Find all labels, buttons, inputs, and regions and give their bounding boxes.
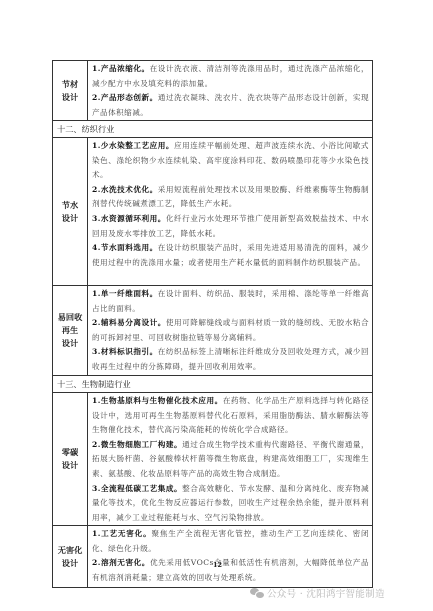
list-item: 2.溶剂无害化。优先采用低VOCs含量和低活性有机溶剂，大幅降低单位产品有机溶剂… <box>92 556 369 585</box>
wechat-icon <box>250 588 264 599</box>
row-content: 1.产品浓缩化。在设计洗衣液、清洁剂等洗涤用品时，通过洗涤产品浓缩化，减少配方中… <box>88 61 372 120</box>
list-item: 2.微生物细胞工厂构建。通过合成生物学技术重构代谢路径、平衡代谢通量，拓展大肠杆… <box>92 438 369 482</box>
list-item: 3.材料标识指引。在纺织品标签上清晰标注纤维成分及回收处理方式，减少回收再生过程… <box>92 345 369 374</box>
row-content: 1.生物基原料与生物催化技术应用。在药物、化学品生产原料选择与转化路径设计中，选… <box>88 393 372 525</box>
section-header-biomanufacturing: 十三、生物制造行业 <box>53 375 372 392</box>
row-content: 1.工艺无害化。聚焦生产全流程无害化管控，推动生产工艺向连续化、密闭化、绿色化升… <box>88 526 372 587</box>
item-title: 2.微生物细胞工厂构建。 <box>92 440 182 449</box>
table-row-zero-carbon: 零碳 设计 1.生物基原料与生物催化技术应用。在药物、化学品生产原料选择与转化路… <box>53 392 372 525</box>
list-item: 1.工艺无害化。聚焦生产全流程无害化管控，推动生产工艺向连续化、密闭化、绿色化升… <box>92 527 369 556</box>
item-title: 2.水洗技术优化。 <box>92 185 158 194</box>
list-item: 2.辅料易分离设计。使用可降解缝线或与面料材质一致的缝纫线、无胶水粘合的可拆卸衬… <box>92 316 369 345</box>
row-label: 易回收 再生 设计 <box>53 286 88 375</box>
row-label-text: 易回收 再生 设计 <box>58 311 83 350</box>
table-row-water-saving: 节水 设计 1.少水染整工艺应用。应用连续平幅前处理、超声波连续水洗、小浴比间歇… <box>53 137 372 285</box>
item-title: 1.生物基原料与生物催化技术应用。 <box>92 396 223 405</box>
row-label-text: 节材 设计 <box>62 78 78 104</box>
row-label: 节水 设计 <box>53 138 88 285</box>
page-number: 12 <box>213 561 222 569</box>
list-item: 3.水资源循环利用。化纤行业污水处理环节推广使用新型高效脱盐技术、中水回用及废水… <box>92 212 369 241</box>
row-content: 1.单一纤维面料。在设计面料、纺织品、服装时，采用棉、涤纶等单一纤维高占比的面料… <box>88 286 372 375</box>
item-title: 1.工艺无害化。 <box>92 529 151 538</box>
item-title: 3.材料标识指引。 <box>92 347 158 356</box>
table-row-recyclable: 易回收 再生 设计 1.单一纤维面料。在设计面料、纺织品、服装时，采用棉、涤纶等… <box>53 285 372 375</box>
list-item: 2.产品形态创新。通过洗衣凝珠、洗衣片、洗衣块等产品形态设计创新，实现产品体积缩… <box>92 91 369 120</box>
row-label: 节材 设计 <box>53 61 88 120</box>
list-item: 2.水洗技术优化。采用短流程前处理技术以及用果胶酶、纤维素酶等生物酶制剂替代传统… <box>92 183 369 212</box>
table-row-material-saving: 节材 设计 1.产品浓缩化。在设计洗衣液、清洁剂等洗涤用品时，通过洗涤产品浓缩化… <box>53 61 372 120</box>
item-title: 1.产品浓缩化。 <box>92 64 150 73</box>
row-label: 无害化 设计 <box>53 526 88 587</box>
section-title: 十二、纺织行业 <box>57 124 114 135</box>
item-title: 1.少水染整工艺应用。 <box>92 141 174 150</box>
row-label-text: 零碳 设计 <box>62 446 78 472</box>
list-item: 1.产品浓缩化。在设计洗衣液、清洁剂等洗涤用品时，通过洗涤产品浓缩化，减少配方中… <box>92 62 369 91</box>
watermark: 公众号 · 沈阳鸿宇智能制造 <box>250 586 385 600</box>
list-item: 1.少水染整工艺应用。应用连续平幅前处理、超声波连续水洗、小浴比间歇式染色、涤纶… <box>92 139 369 183</box>
table-row-harmless: 无害化 设计 1.工艺无害化。聚焦生产全流程无害化管控，推动生产工艺向连续化、密… <box>53 525 372 587</box>
row-label-text: 无害化 设计 <box>58 544 83 570</box>
row-label-text: 节水 设计 <box>62 199 78 225</box>
item-title: 2.溶剂无害化。 <box>92 558 150 567</box>
watermark-text: 公众号 · 沈阳鸿宇智能制造 <box>267 586 385 600</box>
requirements-table: 节材 设计 1.产品浓缩化。在设计洗衣液、清洁剂等洗涤用品时，通过洗涤产品浓缩化… <box>52 60 373 588</box>
item-title: 1.单一纤维面料。 <box>92 289 158 298</box>
list-item: 1.生物基原料与生物催化技术应用。在药物、化学品生产原料选择与转化路径设计中，选… <box>92 394 369 438</box>
section-header-textile: 十二、纺织行业 <box>53 120 372 137</box>
section-title: 十三、生物制造行业 <box>57 379 131 390</box>
item-title: 3.水资源循环利用。 <box>92 214 166 223</box>
row-label: 零碳 设计 <box>53 393 88 525</box>
item-title: 4.节水面料选用。 <box>92 243 158 252</box>
item-title: 2.辅料易分离设计。 <box>92 318 166 327</box>
row-content: 1.少水染整工艺应用。应用连续平幅前处理、超声波连续水洗、小浴比间歇式染色、涤纶… <box>88 138 372 285</box>
list-item: 3.全流程低碳工艺集成。整合高效糖化、节水发酵、温和分离纯化、废弃物减量化等技术… <box>92 482 369 526</box>
item-title: 3.全流程低碳工艺集成。 <box>92 484 182 493</box>
list-item: 4.节水面料选用。在设计纺织服装产品时，采用先进适用易清洗的面料，减少使用过程中… <box>92 241 369 270</box>
item-title: 2.产品形态创新。 <box>92 93 158 102</box>
list-item: 1.单一纤维面料。在设计面料、纺织品、服装时，采用棉、涤纶等单一纤维高占比的面料… <box>92 287 369 316</box>
